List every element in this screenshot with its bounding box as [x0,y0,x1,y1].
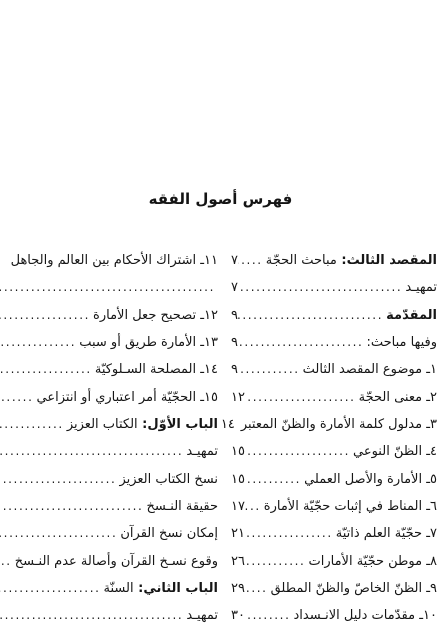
toc-entry-title: وقوع نسـخ القرآن وأصالة عدم النـسخ [15,548,218,575]
toc-entry-text: تمهيـد [405,280,437,295]
toc-entry-text: ١ـ موضوع المقصد الثالث [303,362,437,377]
toc-entry-page-number: ٩ [231,302,238,329]
toc-entry-title: الباب الأوّل: الكتاب العزيز [67,411,218,438]
toc-entry-title: تمهيـد [186,602,218,629]
toc-entry-title: إمكان نسخ القرآن [120,520,218,547]
dot-leader: ........................................… [245,548,309,575]
dot-leader: ........................................… [0,329,79,356]
toc-entry-title: ٨ـ موطن حجّيّة الأمارات [308,548,437,575]
dot-leader: ........................................… [245,466,304,493]
toc-entry-text: ٣ـ مدلول كلمة الأمارة والظنّ المعتبر [241,417,437,432]
toc-entry-page-number: ٢٦ [231,548,245,575]
toc-column-left: ١١ـ اشتراك الأحكام بين العالم والجاهل ..… [0,247,218,630]
dot-leader: ........................................… [238,302,386,329]
dot-leader: ........................................… [0,520,120,547]
toc-entry-title: ٩ـ الظنّ الخاصّ والظنّ المطلق [271,575,437,602]
toc-entry: ٢ـ معنى الحجّة .........................… [231,384,437,411]
toc-entry-page-number: ٢١ [231,520,245,547]
toc-entry: ١٢ـ تصحيح جعل الأمارة ..................… [0,302,218,329]
toc-entry-text: ١٠ـ مقدّمات دليل الانـسداد [294,608,438,623]
dot-leader: ........................................… [0,575,104,602]
toc-entry-page-number: ١٢ [231,384,245,411]
toc-entry-text: ١٤ـ المصلحة السـلوكيّة [95,362,218,377]
dot-leader: ........................................… [0,602,186,629]
toc-entry-text: إمكان نسخ القرآن [120,526,218,541]
dot-leader: ........................................… [0,356,95,383]
dot-leader: ........................................… [238,247,266,274]
toc-entry: ١ـ موضوع المقصد الثالث .................… [231,356,437,383]
dot-leader: ........................................… [0,438,186,465]
toc-entry-heading: الباب الثاني: [134,581,218,596]
dot-leader: ........................................… [0,302,93,329]
toc-entry-text: وقوع نسـخ القرآن وأصالة عدم النـسخ [15,554,218,569]
toc-entry-title: ١١ـ اشتراك الأحكام بين العالم والجاهل [11,247,218,274]
toc-entry: ........................................… [0,274,218,301]
toc-entry: ٨ـ موطن حجّيّة الأمارات ................… [231,548,437,575]
toc-entry: المقصد الثالث: مباحث الحجّة ............… [231,247,437,274]
toc-entry-heading: المقدّمة [386,308,437,323]
dot-leader: ........................................… [238,356,303,383]
toc-entry-page-number: ٧ [231,247,238,274]
toc-entry-page-number: ٣٠ [231,602,245,629]
toc-entry: ٤ـ الظنّ النوعي ........................… [231,438,437,465]
toc-entry-text: ١١ـ اشتراك الأحكام بين العالم والجاهل [11,253,218,268]
toc-entry-title: ١٥ـ الحجّيّة أمر اعتباري أو انتزاعي [37,384,218,411]
toc-column-right: المقصد الثالث: مباحث الحجّة ............… [231,247,437,630]
toc-entry-title: الباب الثاني: السنّة [104,575,218,602]
toc-entry: ٣ـ مدلول كلمة الأمارة والظنّ المعتبر ...… [231,411,437,438]
dot-leader: ........................................… [245,493,264,520]
toc-entry-title: ٦ـ المناط في إثبات حجّيّة الأمارة [264,493,437,520]
dot-leader: ........................................… [0,493,146,520]
toc-entry-text: تمهيـد [186,608,218,623]
dot-leader: ........................................… [0,411,67,438]
dot-leader: ........................................… [0,466,119,493]
toc-entry-page-number: ١٥ [231,438,245,465]
dot-leader: ........................................… [245,602,294,629]
dot-leader: ........................................… [245,384,359,411]
toc-entry-text: ١٢ـ تصحيح جعل الأمارة [93,308,218,323]
toc-entry-title: تمهيـد [186,438,218,465]
scanned-book-page: فهرس أصول الفقه المقصد الثالث: مباحث الح… [0,0,441,640]
toc-entry-page-number: ٧ [231,274,238,301]
toc-entry-title: ١ـ موضوع المقصد الثالث [303,356,437,383]
toc-entry: ١٤ـ المصلحة السـلوكيّة .................… [0,356,218,383]
toc-entry: ١٣ـ الأمارة طريق أو سبب ................… [0,329,218,356]
toc-entry: الباب الثاني: السنّة ...................… [0,575,218,602]
toc-entry: ١١ـ اشتراك الأحكام بين العالم والجاهل [0,247,218,274]
dot-leader: ........................................… [238,329,366,356]
toc-entry: وقوع نسـخ القرآن وأصالة عدم النـسخ .....… [0,548,218,575]
toc-entry: تمهيـد .................................… [231,274,437,301]
toc-entry: وفيها مباحث: ...........................… [231,329,437,356]
toc-entry-text: نسخ الكتاب العزيز [119,472,218,487]
toc-entry-text: تمهيـد [186,444,218,459]
toc-entry-heading: المقصد الثالث: [337,253,437,268]
toc-entry-page-number: ٢٩ [231,575,245,602]
toc-entry: ٧ـ حجّيّة العلم ذاتيّة .................… [231,520,437,547]
toc-entry-text: ٤ـ الظنّ النوعي [353,444,437,459]
toc-entry-title: حقيقة النـسخ [146,493,218,520]
dot-leader: ........................................… [245,438,353,465]
toc-entry: تمهيـد .................................… [0,602,218,629]
dot-leader: ........................................… [245,575,271,602]
toc-entry-page-number: ١٤ [221,411,235,438]
toc-entry-text: ٢ـ معنى الحجّة [359,390,437,405]
dot-leader: ........................................… [238,274,405,301]
toc-entry-title: تمهيـد [405,274,437,301]
toc-entry-title: المقصد الثالث: مباحث الحجّة [266,247,437,274]
toc-entry-title: ١٣ـ الأمارة طريق أو سبب [79,329,218,356]
toc-entry-text: حقيقة النـسخ [146,499,218,514]
toc-entry-title: ١٠ـ مقدّمات دليل الانـسداد [294,602,438,629]
dot-leader: ........................................… [235,411,241,438]
toc-entry: ٩ـ الظنّ الخاصّ والظنّ المطلق ..........… [231,575,437,602]
toc-entry: ٦ـ المناط في إثبات حجّيّة الأمارة ......… [231,493,437,520]
toc-entry: حقيقة النـسخ ...........................… [0,493,218,520]
toc-entry-title: المقدّمة [386,302,437,329]
toc-entry-title: نسخ الكتاب العزيز [119,466,218,493]
toc-entry-text: مباحث الحجّة [266,253,337,268]
toc-entry: نسخ الكتاب العزيز ......................… [0,466,218,493]
page-title: فهرس أصول الفقه [0,190,441,208]
toc-entry-text: ٧ـ حجّيّة العلم ذاتيّة [336,526,437,541]
toc-entry-text: وفيها مباحث: [366,335,437,350]
toc-entry-page-number: ٩ [231,329,238,356]
toc-entry-text: ٨ـ موطن حجّيّة الأمارات [308,554,437,569]
toc-entry-title: ٣ـ مدلول كلمة الأمارة والظنّ المعتبر [241,411,437,438]
toc-entry-title: ٢ـ معنى الحجّة [359,384,437,411]
toc-entry-text: السنّة [104,581,134,596]
toc-entry-title: ١٤ـ المصلحة السـلوكيّة [95,356,218,383]
toc-entry: إمكان نسخ القرآن .......................… [0,520,218,547]
dot-leader: ........................................… [245,520,336,547]
dot-leader: ........................................… [0,274,218,301]
toc-entry-page-number: ١٥ [231,466,245,493]
toc-entry: المقدّمة ...............................… [231,302,437,329]
toc-entry-text: ٥ـ الأمارة والأصل العملي [304,472,437,487]
toc-entry-text: ١٥ـ الحجّيّة أمر اعتباري أو انتزاعي [37,390,218,405]
toc-entry-title: وفيها مباحث: [366,329,437,356]
toc-entry-title: ١٢ـ تصحيح جعل الأمارة [93,302,218,329]
toc-entry: ١٥ـ الحجّيّة أمر اعتباري أو انتزاعي ....… [0,384,218,411]
toc-entry-title: ٥ـ الأمارة والأصل العملي [304,466,437,493]
toc-entry-text: الكتاب العزيز [67,417,138,432]
toc-entry-text: ١٣ـ الأمارة طريق أو سبب [79,335,218,350]
toc-columns: المقصد الثالث: مباحث الحجّة ............… [22,247,437,630]
toc-entry-title: ٧ـ حجّيّة العلم ذاتيّة [336,520,437,547]
toc-entry: تمهيـد .................................… [0,438,218,465]
toc-entry-heading: الباب الأوّل: [138,417,218,432]
toc-entry: الباب الأوّل: الكتاب العزيز ............… [0,411,218,438]
toc-entry: ١٠ـ مقدّمات دليل الانـسداد .............… [231,602,437,629]
dot-leader: ........................................… [0,384,37,411]
toc-entry-title: ٤ـ الظنّ النوعي [353,438,437,465]
toc-entry-page-number: ٩ [231,356,238,383]
toc-entry-page-number: ١٧ [231,493,245,520]
dot-leader: ........................................… [0,548,15,575]
toc-entry: ٥ـ الأمارة والأصل العملي ...............… [231,466,437,493]
toc-entry-text: ٦ـ المناط في إثبات حجّيّة الأمارة [264,499,437,514]
toc-entry-text: ٩ـ الظنّ الخاصّ والظنّ المطلق [271,581,437,596]
